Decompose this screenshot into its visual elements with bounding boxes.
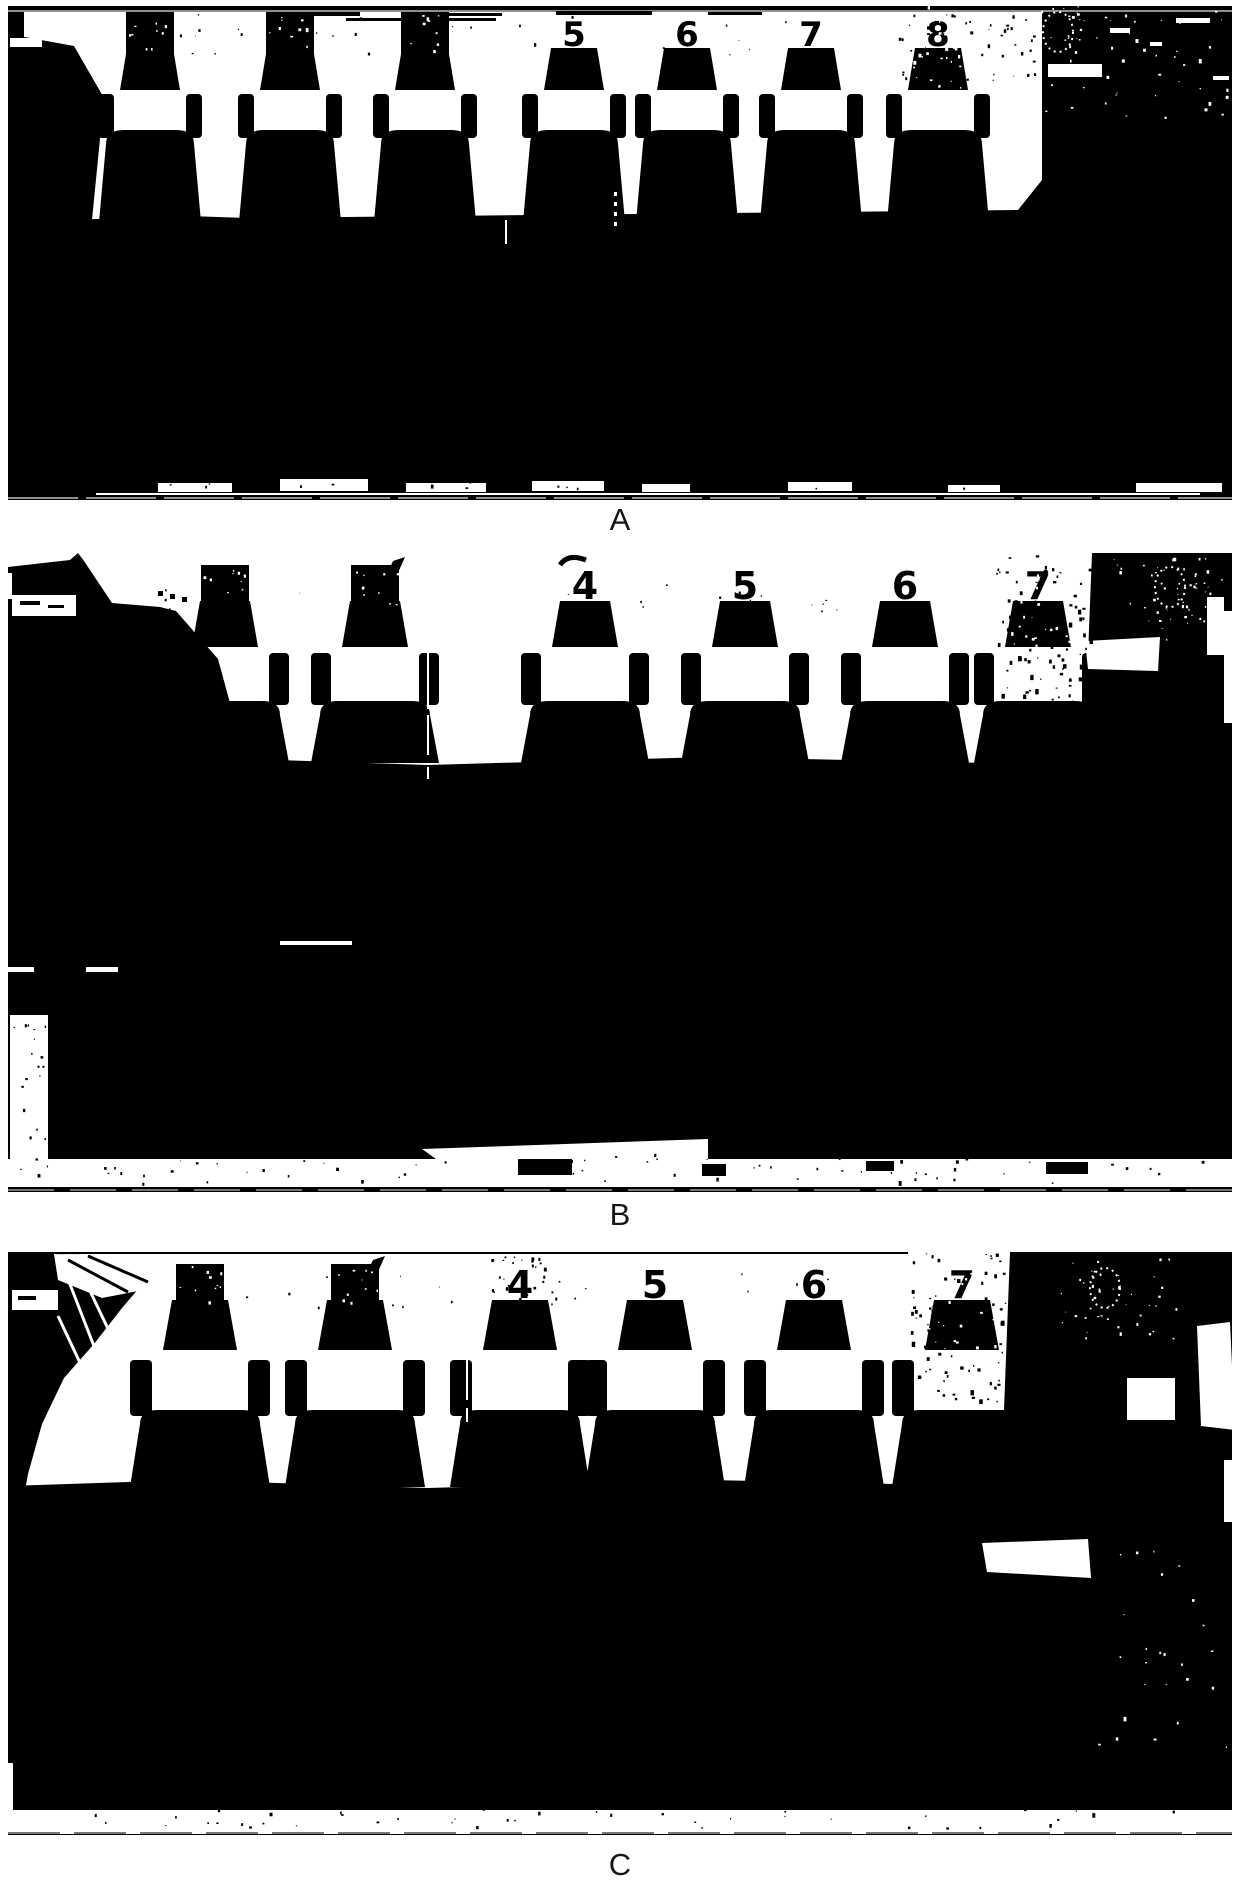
speckle-dot	[911, 1312, 914, 1316]
speckle-dot	[1193, 586, 1195, 589]
speckle-dot	[1178, 81, 1179, 82]
speckle-dot	[990, 1255, 991, 1257]
speckle-dot	[551, 1303, 552, 1305]
speckle-dot	[162, 33, 164, 34]
speckle-dot	[246, 1296, 248, 1298]
speckle-dot	[1062, 658, 1065, 661]
speckle-dot	[1036, 587, 1038, 589]
separator-dash	[504, 1189, 550, 1191]
speckle-dot	[588, 471, 590, 473]
separator-dash	[8, 1189, 54, 1191]
speckle-dot	[1071, 644, 1073, 646]
speckle-dot	[298, 28, 301, 31]
separator-dash	[380, 1189, 426, 1191]
speckle-dot	[784, 1816, 785, 1817]
speckle-dot	[990, 1382, 992, 1385]
speckle-dot	[914, 31, 916, 32]
speckle-dot	[1069, 685, 1072, 687]
speckle-dot	[437, 43, 439, 46]
bottle-shoulder	[161, 653, 181, 705]
separator-dash	[404, 1832, 456, 1834]
panel-c-photo: 4567	[8, 1252, 1232, 1835]
speckle-dot	[913, 1261, 915, 1264]
speckle-dot	[1075, 51, 1077, 54]
speckle-dot	[663, 47, 665, 49]
speckle-dot	[275, 1802, 277, 1805]
speckle-dot	[1036, 639, 1039, 644]
speckle-dot	[198, 29, 200, 32]
speckle-dot	[512, 1262, 514, 1264]
speckle-dot	[977, 61, 979, 62]
speckle-dot	[861, 1171, 862, 1173]
speckle-dot	[939, 21, 940, 23]
speckle-dot	[521, 1260, 522, 1261]
speckle-dot	[323, 1163, 324, 1164]
speckle-dot	[944, 34, 946, 35]
speckle-dot	[925, 1173, 927, 1175]
speckle-dot	[209, 1276, 212, 1278]
separator-dash	[876, 1189, 922, 1191]
speckle-dot	[1188, 609, 1189, 611]
speckle-dot	[935, 1284, 936, 1285]
bottle-shoulder	[789, 653, 809, 705]
separator-dash	[442, 1189, 488, 1191]
separator-dash	[318, 1189, 364, 1191]
speckle-dot	[1182, 602, 1183, 604]
bottle-body	[99, 130, 201, 222]
speckle-dot	[953, 1394, 956, 1396]
speckle-dot	[910, 18, 912, 20]
speckle-dot	[1154, 1276, 1155, 1277]
speckle-dot	[1082, 617, 1084, 620]
speckle-dot	[1173, 1811, 1175, 1814]
separator-dash	[866, 1832, 918, 1834]
speckle-dot	[1080, 29, 1082, 31]
speckle-dot	[1013, 76, 1014, 77]
speckle-dot	[177, 1153, 180, 1156]
speckle-dot	[505, 1256, 507, 1258]
speckle-dot	[1107, 1318, 1109, 1320]
bottle-shoulder	[248, 1360, 270, 1416]
speckle-dot	[28, 1024, 29, 1026]
photo-detail	[614, 202, 617, 206]
speckle-dot	[1034, 73, 1036, 76]
speckle-dot	[363, 575, 364, 576]
speckle-dot	[939, 85, 941, 87]
bottle-cap	[192, 601, 258, 647]
speckle-dot	[1075, 606, 1077, 609]
speckle-dot	[1120, 1332, 1122, 1335]
speckle-dot	[900, 62, 901, 63]
speckle-dot	[753, 1167, 754, 1168]
speckle-dot	[535, 1266, 536, 1268]
speckle-dot	[436, 32, 438, 34]
speckle-dot	[666, 584, 668, 585]
speckle-dot	[208, 1301, 211, 1304]
speckle-dot	[30, 1136, 32, 1139]
bottle-cap	[781, 48, 841, 90]
speckle-dot	[1035, 689, 1038, 694]
speckle-dot	[899, 38, 902, 41]
speckle-dot	[1072, 701, 1073, 702]
speckle-dot	[316, 32, 317, 34]
speckle-dot	[729, 54, 730, 55]
speckle-dot	[969, 604, 971, 605]
speckle-dot	[1199, 59, 1202, 63]
bottle-shoulder	[949, 653, 969, 705]
speckle-dot	[378, 592, 379, 594]
speckle-dot	[956, 1341, 959, 1343]
speckle-dot	[915, 1310, 918, 1314]
reflection-streak	[1048, 64, 1102, 77]
speckle-dot	[988, 44, 990, 48]
speckle-dot	[935, 1342, 936, 1343]
speckle-dot	[143, 1175, 145, 1178]
speckle-dot	[1017, 645, 1019, 647]
speckle-dot	[927, 1357, 930, 1361]
speckle-dot	[1084, 20, 1085, 21]
speckle-dot	[929, 1328, 931, 1329]
speckle-dot	[1110, 20, 1111, 21]
separator-dash	[710, 497, 780, 499]
speckle-dot	[1106, 76, 1109, 79]
speckle-dot	[1110, 470, 1113, 473]
speckle-dot	[376, 1290, 378, 1292]
speckle-dot	[396, 604, 398, 605]
speckle-dot	[1045, 629, 1046, 630]
speckle-dot	[972, 1397, 975, 1399]
speckle-dot	[1002, 55, 1004, 58]
speckle-dot	[1035, 645, 1037, 648]
speckle-dot	[21, 1086, 24, 1088]
speckle-dot	[1060, 572, 1061, 573]
speckle-dot	[954, 15, 956, 17]
speckle-dot	[991, 1258, 993, 1259]
speckle-dot	[241, 1823, 243, 1826]
bottle-shoulder	[974, 94, 990, 138]
speckle-dot	[1079, 1279, 1081, 1281]
speckle-dot	[994, 1274, 997, 1278]
speckle-dot	[604, 1180, 606, 1181]
speckle-dot	[610, 1814, 612, 1817]
speckle-dot	[1057, 575, 1059, 577]
speckle-dot	[1157, 611, 1159, 614]
speckle-dot	[868, 1156, 869, 1157]
speckle-dot	[827, 1279, 829, 1280]
speckle-dot	[36, 1158, 39, 1160]
speckle-dot	[937, 1390, 940, 1392]
speckle-dot	[131, 34, 133, 36]
reflection-streak	[8, 573, 12, 599]
bottle-shoulder	[610, 94, 626, 138]
speckle-dot	[1134, 21, 1136, 23]
speckle-dot	[365, 1270, 367, 1272]
separator-dash	[476, 497, 546, 499]
speckle-dot	[730, 1156, 732, 1158]
speckle-dot	[1119, 571, 1122, 574]
photo-shape	[48, 605, 64, 608]
speckle-dot	[1068, 38, 1069, 39]
separator-dash	[1124, 1189, 1170, 1191]
speckle-dot	[1041, 577, 1044, 581]
speckle-dot	[1124, 1614, 1125, 1615]
dot-mark	[182, 597, 187, 602]
speckle-dot	[960, 1366, 964, 1369]
panel-b-photo: 4567	[8, 553, 1232, 1192]
panel-caption-a: A	[0, 503, 1240, 539]
speckle-dot	[416, 1164, 417, 1165]
speckle-dot	[964, 625, 966, 629]
photo-detail	[86, 967, 118, 972]
speckle-dot	[214, 53, 216, 54]
speckle-dot	[1179, 22, 1180, 24]
speckle-dot	[962, 46, 964, 49]
separator-dash	[752, 1189, 798, 1191]
speckle-dot	[1161, 1573, 1163, 1576]
bottle-shoulder	[403, 1360, 425, 1416]
speckle-dot	[803, 1306, 804, 1308]
speckle-dot	[690, 50, 692, 52]
speckle-dot	[647, 1161, 649, 1163]
speckle-dot	[1168, 1258, 1170, 1260]
photo-detail	[1150, 42, 1162, 46]
speckle-dot	[913, 1306, 916, 1309]
bottle-shoulder	[326, 94, 342, 138]
speckle-dot	[987, 1398, 989, 1400]
reflection-streak	[532, 481, 604, 491]
bottle-shoulder	[238, 94, 254, 138]
speckle-dot	[213, 608, 214, 609]
speckle-dot	[295, 466, 297, 469]
speckle-dot	[332, 35, 333, 37]
speckle-dot	[1058, 654, 1061, 657]
reflection-streak	[642, 484, 690, 492]
speckle-dot	[1199, 558, 1201, 561]
speckle-dot	[203, 576, 206, 579]
speckle-dot	[531, 1257, 534, 1261]
speckle-dot	[1065, 635, 1067, 637]
speckle-dot	[534, 43, 536, 47]
speckle-dot	[978, 617, 980, 618]
speckle-dot	[970, 1390, 974, 1395]
speckle-dot	[1155, 572, 1157, 573]
speckle-dot	[1008, 599, 1011, 602]
speckle-dot	[1166, 639, 1167, 641]
speckle-dot	[844, 1805, 845, 1807]
speckle-dot	[949, 473, 952, 475]
speckle-dot	[1161, 1287, 1163, 1289]
speckle-dot	[1158, 1296, 1160, 1298]
speckle-dot	[957, 1279, 960, 1283]
speckle-dot	[433, 481, 434, 482]
speckle-dot	[1039, 622, 1042, 625]
speckle-dot	[1176, 51, 1177, 52]
speckle-dot	[991, 624, 993, 626]
speckle-dot	[129, 34, 131, 36]
speckle-dot	[1199, 618, 1201, 620]
speckle-dot	[1018, 656, 1022, 661]
bottle-cap	[618, 1300, 692, 1350]
speckle-dot	[945, 1371, 948, 1374]
speckle-dot	[891, 1172, 892, 1174]
speckle-dot	[1144, 1684, 1145, 1685]
speckle-dot	[1126, 116, 1128, 117]
speckle-dot	[994, 1345, 996, 1348]
bottle-body	[887, 130, 989, 222]
speckle-dot	[1105, 102, 1107, 104]
dot-mark	[158, 591, 163, 596]
speckle-dot	[999, 1316, 1001, 1318]
separator-dash	[632, 497, 702, 499]
speckle-dot	[290, 36, 291, 38]
speckle-dot	[1040, 679, 1041, 680]
speckle-dot	[1037, 574, 1039, 577]
speckle-dot	[701, 1827, 702, 1829]
speckle-dot	[967, 79, 969, 81]
speckle-dot	[932, 63, 934, 65]
speckle-dot	[1156, 55, 1157, 57]
speckle-dot	[1204, 582, 1206, 583]
speckle-dot	[1162, 628, 1163, 629]
speckle-dot	[45, 1026, 47, 1028]
speckle-dot	[34, 1039, 35, 1040]
separator-dash	[1064, 1832, 1116, 1834]
speckle-dot	[976, 1346, 979, 1349]
speckle-dot	[1007, 687, 1008, 688]
speckle-dot	[1092, 1285, 1094, 1288]
speckle-dot	[31, 1053, 32, 1055]
speckle-dot	[1062, 1322, 1063, 1323]
speckle-dot	[963, 590, 965, 591]
speckle-dot	[362, 1804, 364, 1806]
speckle-dot	[1111, 1164, 1114, 1166]
bottle-cap	[777, 1300, 851, 1350]
speckle-dot	[1195, 583, 1197, 584]
separator-dash	[690, 1189, 736, 1191]
speckle-dot	[1203, 1625, 1205, 1627]
speckle-dot	[582, 1170, 584, 1171]
speckle-dot	[1007, 628, 1009, 632]
speckle-dot	[1157, 567, 1158, 568]
speckle-dot	[995, 1295, 998, 1297]
bottle-shoulder	[98, 94, 114, 138]
speckle-dot	[913, 61, 916, 65]
speckle-dot	[306, 46, 308, 48]
speckle-dot	[1155, 95, 1156, 96]
speckle-dot	[1053, 665, 1055, 669]
speckle-dot	[940, 17, 942, 20]
speckle-dot	[262, 1823, 264, 1825]
speckle-dot	[929, 1369, 931, 1371]
speckle-dot	[544, 1268, 547, 1272]
speckle-dot	[929, 27, 932, 30]
speckle-dot	[741, 1273, 742, 1275]
separator-dash	[194, 1189, 240, 1191]
bottle-shoulder	[269, 653, 289, 705]
speckle-dot	[750, 600, 751, 602]
speckle-dot	[960, 1325, 963, 1328]
speckle-dot	[48, 1067, 50, 1069]
bottle-body	[311, 701, 439, 763]
speckle-dot	[972, 1336, 974, 1338]
speckle-dot	[1029, 649, 1031, 652]
speckle-dot	[1166, 462, 1168, 464]
speckle-dot	[377, 1821, 380, 1823]
speckle-dot	[1061, 589, 1062, 590]
speckle-dot	[1063, 664, 1066, 668]
speckle-dot	[615, 1156, 617, 1158]
speckle-dot	[1190, 584, 1192, 586]
speckle-dot	[356, 571, 358, 573]
reflection-streak	[1127, 1378, 1175, 1420]
speckle-dot	[559, 1281, 561, 1283]
speckle-dot	[955, 47, 958, 51]
bottle-shoulder	[841, 653, 861, 705]
speckle-dot	[36, 1129, 37, 1131]
speckle-dot	[571, 1160, 573, 1163]
speckle-dot	[1024, 1809, 1027, 1811]
bottle-shoulder	[629, 653, 649, 705]
separator-dash	[256, 1189, 302, 1191]
speckle-dot	[383, 573, 385, 575]
speckle-dot	[1091, 1271, 1092, 1272]
speckle-dot	[438, 15, 439, 16]
speckle-dot	[1204, 108, 1207, 111]
speckle-dot	[242, 589, 244, 591]
speckle-dot	[981, 1282, 983, 1285]
speckle-dot	[1003, 1173, 1004, 1174]
speckle-dot	[215, 1288, 216, 1289]
speckle-dot	[1063, 8, 1064, 9]
speckle-dot	[1020, 591, 1023, 595]
speckle-dot	[923, 46, 925, 49]
speckle-dot	[927, 26, 930, 29]
speckle-dot	[496, 477, 497, 478]
speckle-dot	[210, 578, 212, 581]
speckle-dot	[296, 1825, 297, 1826]
speckle-dot	[990, 1343, 992, 1345]
separator-dash	[800, 1832, 852, 1834]
speckle-dot	[1155, 592, 1156, 594]
speckle-dot	[943, 1380, 945, 1382]
bottle-shoulder	[450, 1360, 472, 1416]
speckle-dot	[930, 79, 933, 81]
speckle-dot	[961, 1283, 963, 1285]
speckle-dot	[996, 1401, 997, 1402]
speckle-dot	[1007, 1803, 1009, 1804]
speckle-dot	[971, 640, 973, 642]
reflection-streak	[1224, 1460, 1232, 1522]
speckle-dot	[397, 573, 399, 575]
separator-dash	[554, 497, 624, 499]
speckle-dot	[25, 1024, 27, 1027]
speckle-dot	[1072, 16, 1075, 19]
speckle-dot	[1028, 660, 1031, 663]
separator-dash	[788, 497, 858, 499]
speckle-dot	[912, 1290, 915, 1294]
speckle-dot	[153, 24, 155, 27]
reflection-streak	[948, 485, 1000, 492]
bottle-shoulder	[681, 653, 701, 705]
speckle-dot	[165, 589, 167, 591]
speckle-dot	[1195, 573, 1197, 575]
speckle-dot	[962, 581, 964, 584]
reflection-streak	[788, 482, 852, 491]
speckle-dot	[1010, 661, 1013, 665]
speckle-dot	[1080, 665, 1083, 670]
speckle-dot	[919, 1303, 921, 1305]
separator-dash	[1022, 497, 1092, 499]
